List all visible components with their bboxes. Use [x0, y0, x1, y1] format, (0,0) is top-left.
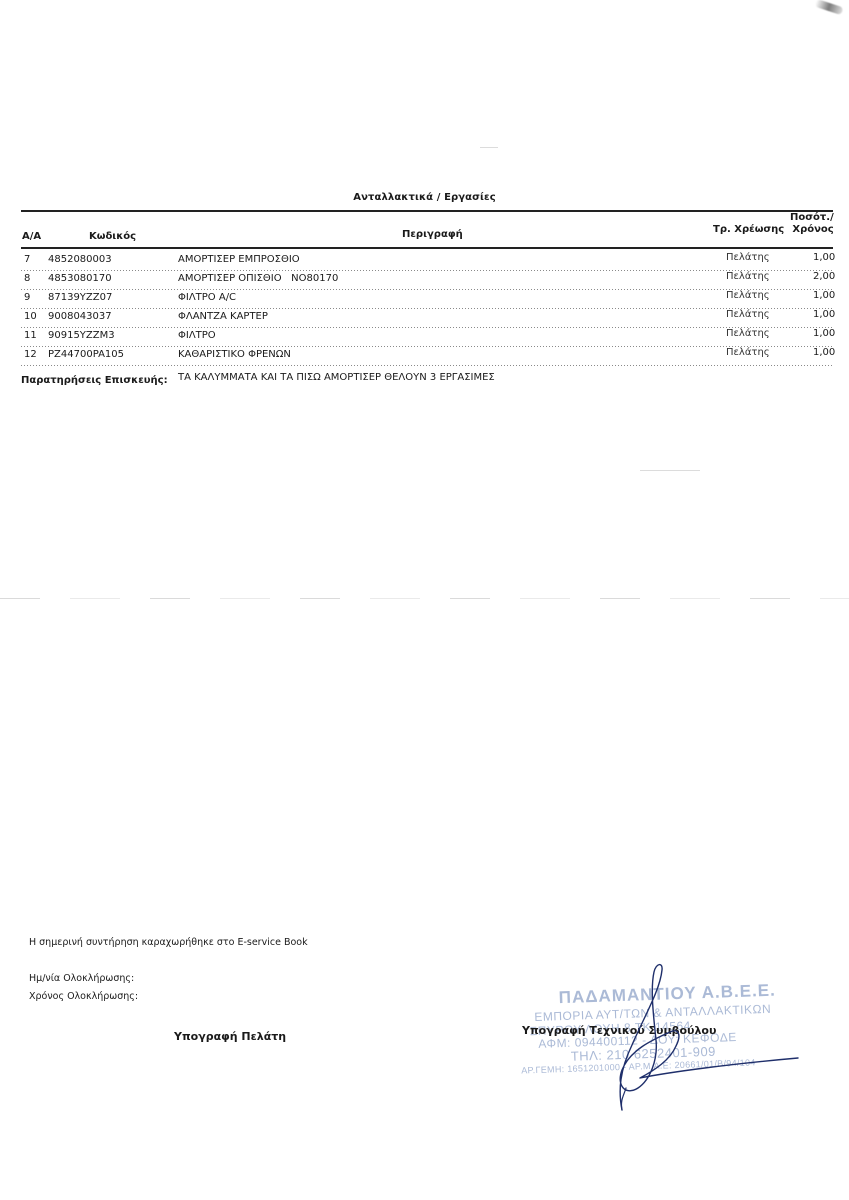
row-code: PZ44700PA105: [48, 349, 124, 361]
completion-time-label: Χρόνος Ολοκλήρωσης:: [29, 991, 138, 1002]
row-aa: 7: [24, 254, 40, 266]
row-code: 4852080003: [48, 254, 112, 266]
row-charge-type: Πελάτης: [726, 309, 770, 321]
row-aa: 11: [24, 330, 40, 342]
row-code: 87139YZZ07: [48, 292, 112, 304]
scan-smudge: [814, 0, 843, 15]
row-aa: 10: [24, 311, 40, 323]
row-quantity: 1,00: [813, 309, 835, 321]
table-row: 11 90915YZZM3 ΦΙΛΤΡΟ Πελάτης 1,00: [21, 328, 833, 347]
row-charge-type: Πελάτης: [726, 328, 770, 340]
row-description: ΑΜΟΡΤΙΣΕΡ ΟΠΙΣΘΙΟ ΝΟ80170: [178, 273, 338, 285]
row-description: ΚΑΘΑΡΙΣΤΙΚΟ ΦΡΕΝΩΝ: [178, 349, 291, 361]
header-charge-type: Τρ. Χρέωσης: [713, 224, 784, 236]
completion-date-label: Ημ/νία Ολοκλήρωσης:: [29, 973, 134, 984]
table-row: 7 4852080003 ΑΜΟΡΤΙΣΕΡ ΕΜΠΡΟΣΘΙΟ Πελάτης…: [21, 252, 833, 271]
table-header-rule: [21, 247, 833, 249]
row-description: ΦΙΛΤΡΟ: [178, 330, 216, 342]
handwritten-signature: [560, 960, 820, 1120]
remarks-label: Παρατηρήσεις Επισκευής:: [21, 375, 168, 386]
row-charge-type: Πελάτης: [726, 271, 770, 283]
row-quantity: 1,00: [813, 252, 835, 264]
row-quantity: 1,00: [813, 290, 835, 302]
header-description: Περιγραφή: [402, 229, 463, 241]
header-code: Κωδικός: [89, 231, 136, 243]
header-quantity-line2: Χρόνος: [790, 224, 834, 236]
row-code: 9008043037: [48, 311, 112, 323]
header-quantity-line1: Ποσότ./: [790, 212, 834, 224]
row-code: 90915YZZM3: [48, 330, 115, 342]
row-description: ΑΜΟΡΤΙΣΕΡ ΕΜΠΡΟΣΘΙΟ: [178, 254, 300, 266]
table-row: 10 9008043037 ΦΛΑΝΤΖΑ ΚΑΡΤΕΡ Πελάτης 1,0…: [21, 309, 833, 328]
row-divider: [21, 365, 833, 366]
row-charge-type: Πελάτης: [726, 252, 770, 264]
table-top-rule: [21, 210, 833, 212]
scan-speck: [480, 147, 498, 148]
row-aa: 8: [24, 273, 40, 285]
header-quantity: Ποσότ./ Χρόνος: [790, 212, 834, 236]
row-quantity: 1,00: [813, 328, 835, 340]
row-description: ΦΙΛΤΡΟ Α/C: [178, 292, 236, 304]
row-quantity: 2,00: [813, 271, 835, 283]
row-charge-type: Πελάτης: [726, 290, 770, 302]
row-code: 4853080170: [48, 273, 112, 285]
row-description: ΦΛΑΝΤΖΑ ΚΑΡΤΕΡ: [178, 311, 268, 323]
table-row: 8 4853080170 ΑΜΟΡΤΙΣΕΡ ΟΠΙΣΘΙΟ ΝΟ80170 Π…: [21, 271, 833, 290]
row-charge-type: Πελάτης: [726, 347, 770, 359]
table-row: 9 87139YZZ07 ΦΙΛΤΡΟ Α/C Πελάτης 1,00: [21, 290, 833, 309]
section-title: Ανταλλακτικά / Εργασίες: [0, 192, 849, 203]
table-row: 12 PZ44700PA105 ΚΑΘΑΡΙΣΤΙΚΟ ΦΡΕΝΩΝ Πελάτ…: [21, 347, 833, 366]
row-quantity: 1,00: [813, 347, 835, 359]
header-aa: Α/Α: [22, 231, 41, 243]
row-aa: 12: [24, 349, 40, 361]
scan-speck: [640, 470, 700, 471]
customer-signature-label: Υπογραφή Πελάτη: [174, 1030, 286, 1043]
row-aa: 9: [24, 292, 40, 304]
remarks-text: ΤΑ ΚΑΛΥΜΜΑΤΑ ΚΑΙ ΤΑ ΠΙΣΩ ΑΜΟΡΤΙΣΕΡ ΘΕΛΟΥ…: [178, 372, 495, 383]
paper-fold-line: [0, 598, 849, 599]
eservice-note: Η σημερινή συντήρηση καραχωρήθηκε στο E-…: [29, 937, 308, 948]
